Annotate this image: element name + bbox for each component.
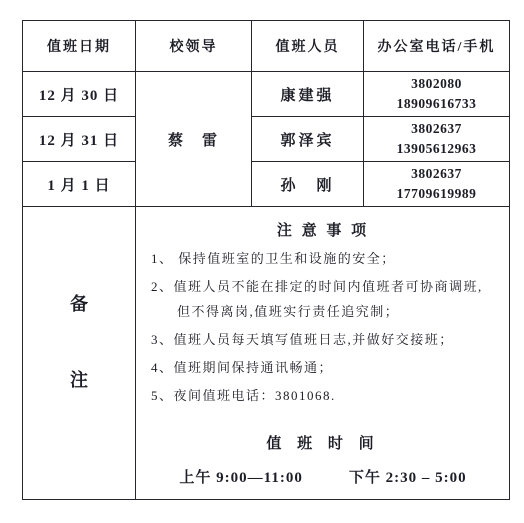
table-row: 12 月 31 日 郭泽宾 3802637 13905612963	[23, 117, 510, 162]
phone-cell: 3802637 17709619989	[364, 162, 510, 207]
remarks-label-char-top: 备	[70, 294, 88, 314]
morning-duty-time: 上午 9:00—11:00	[179, 466, 302, 487]
phone-cell: 3802637 13905612963	[364, 117, 510, 162]
header-school-leader: 校领导	[136, 21, 252, 72]
duty-person-name: 郭泽宾	[252, 117, 364, 162]
mobile-phone-number: 17709619989	[364, 184, 509, 204]
note-item-4: 4、值班期间保持通讯畅通；	[151, 355, 495, 380]
mobile-phone-number: 13905612963	[364, 139, 509, 159]
header-office-phone: 办公室电话/手机	[364, 21, 510, 72]
remarks-label: 备 注	[23, 294, 135, 412]
header-duty-date: 值班日期	[23, 21, 136, 72]
school-leader-name: 蔡 雷	[136, 72, 252, 207]
table-header-row: 值班日期 校领导 值班人员 办公室电话/手机	[23, 21, 510, 72]
note-item-1: 1、 保持值班室的卫生和设施的安全；	[151, 246, 495, 271]
remarks-label-cell: 备 注	[23, 207, 136, 500]
note-item-3: 3、值班人员每天填写值班日志,并做好交接班；	[151, 327, 495, 352]
remarks-row: 备 注 注 意 事 项 1、 保持值班室的卫生和设施的安全； 2、值班人员不能在…	[23, 207, 510, 500]
note-item-5: 5、夜间值班电话：3801068.	[151, 383, 495, 408]
table-row: 12 月 30 日 蔡 雷 康建强 3802080 18909616733	[23, 72, 510, 117]
duty-date: 12 月 31 日	[23, 117, 136, 162]
header-duty-person: 值班人员	[252, 21, 364, 72]
duty-time-values: 上午 9:00—11:00 下午 2:30 – 5:00	[151, 466, 495, 487]
remarks-label-char-bottom: 注	[70, 370, 88, 390]
duty-time-title: 值 班 时 间	[151, 432, 495, 453]
notes-title: 注 意 事 项	[151, 219, 495, 240]
phone-cell: 3802080 18909616733	[364, 72, 510, 117]
office-phone-number: 3802080	[364, 74, 509, 94]
remarks-content-cell: 注 意 事 项 1、 保持值班室的卫生和设施的安全； 2、值班人员不能在排定的时…	[136, 207, 510, 500]
mobile-phone-number: 18909616733	[364, 94, 509, 114]
note-item-2: 2、值班人员不能在排定的时间内值班者可协商调班,但不得离岗,值班实行责任追究制；	[151, 274, 495, 324]
afternoon-duty-time: 下午 2:30 – 5:00	[349, 466, 467, 487]
duty-date: 1 月 1 日	[23, 162, 136, 207]
table-row: 1 月 1 日 孙 刚 3802637 17709619989	[23, 162, 510, 207]
duty-person-name: 康建强	[252, 72, 364, 117]
duty-date: 12 月 30 日	[23, 72, 136, 117]
duty-table: 值班日期 校领导 值班人员 办公室电话/手机 12 月 30 日 蔡 雷 康建强…	[22, 20, 510, 500]
duty-roster-page: 值班日期 校领导 值班人员 办公室电话/手机 12 月 30 日 蔡 雷 康建强…	[0, 0, 524, 523]
office-phone-number: 3802637	[364, 164, 509, 184]
office-phone-number: 3802637	[364, 119, 509, 139]
duty-person-name: 孙 刚	[252, 162, 364, 207]
